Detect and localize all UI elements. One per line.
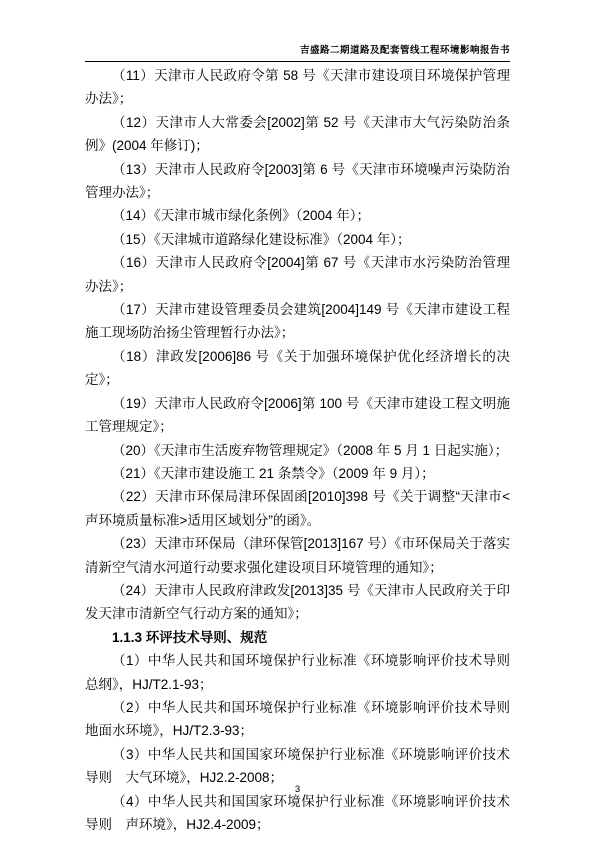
regulation-item: （23）天津市环保局（津环保管[2013]167 号）《市环保局关于落实清新空气… [85, 532, 510, 579]
regulation-item: （17）天津市建设管理委员会建筑[2004]149 号《天津市建设工程施工现场防… [85, 298, 510, 345]
regulation-item: （14）《天津市城市绿化条例》（2004 年）； [85, 204, 510, 227]
document-page: 吉盛路二期道路及配套管线工程环境影响报告书 （11）天津市人民政府令第 58 号… [0, 0, 595, 842]
page-body: （11）天津市人民政府令第 58 号《天津市建设项目环境保护管理办法》； （12… [85, 64, 510, 836]
regulation-item: （12）天津市人大常委会[2002]第 52 号《天津市大气污染防治条例》(20… [85, 111, 510, 158]
standard-item: （4）中华人民共和国国家环境保护行业标准《环境影响评价技术导则 声环境》，HJ2… [85, 790, 510, 837]
section-heading: 1.1.3 环评技术导则、规范 [85, 626, 510, 649]
standard-item: （1）中华人民共和国环境保护行业标准《环境影响评价技术导则 总纲》，HJ/T2.… [85, 649, 510, 696]
regulation-item: （18）津政发[2006]86 号《关于加强环境保护优化经济增长的决定》； [85, 345, 510, 392]
regulation-item: （21）《天津市建设施工 21 条禁令》（2009 年 9 月）； [85, 462, 510, 485]
regulation-item: （13）天津市人民政府令[2003]第 6 号《天津市环境噪声污染防治管理办法》… [85, 158, 510, 205]
regulation-item: （22）天津市环保局津环保固函[2010]398 号《关于调整“天津市<声环境质… [85, 485, 510, 532]
regulation-item: （19）天津市人民政府令[2006]第 100 号《天津市建设工程文明施工管理规… [85, 392, 510, 439]
regulation-item: （15）《天津城市道路绿化建设标准》（2004 年）； [85, 228, 510, 251]
page-number: 3 [0, 784, 595, 796]
regulation-item: （16）天津市人民政府令[2004]第 67 号《天津市水污染防治管理办法》； [85, 251, 510, 298]
standard-item: （2）中华人民共和国环境保护行业标准《环境影响评价技术导则 地面水环境》，HJ/… [85, 696, 510, 743]
regulation-item: （20）《天津市生活废弃物管理规定》（2008 年 5 月 1 日起实施）； [85, 439, 510, 462]
running-header: 吉盛路二期道路及配套管线工程环境影响报告书 [85, 45, 510, 62]
regulation-item: （24）天津市人民政府津政发[2013]35 号《天津市人民政府关于印发天津市清… [85, 579, 510, 626]
standard-item: （3）中华人民共和国国家环境保护行业标准《环境影响评价技术导则 大气环境》，HJ… [85, 743, 510, 790]
regulation-item: （11）天津市人民政府令第 58 号《天津市建设项目环境保护管理办法》； [85, 64, 510, 111]
